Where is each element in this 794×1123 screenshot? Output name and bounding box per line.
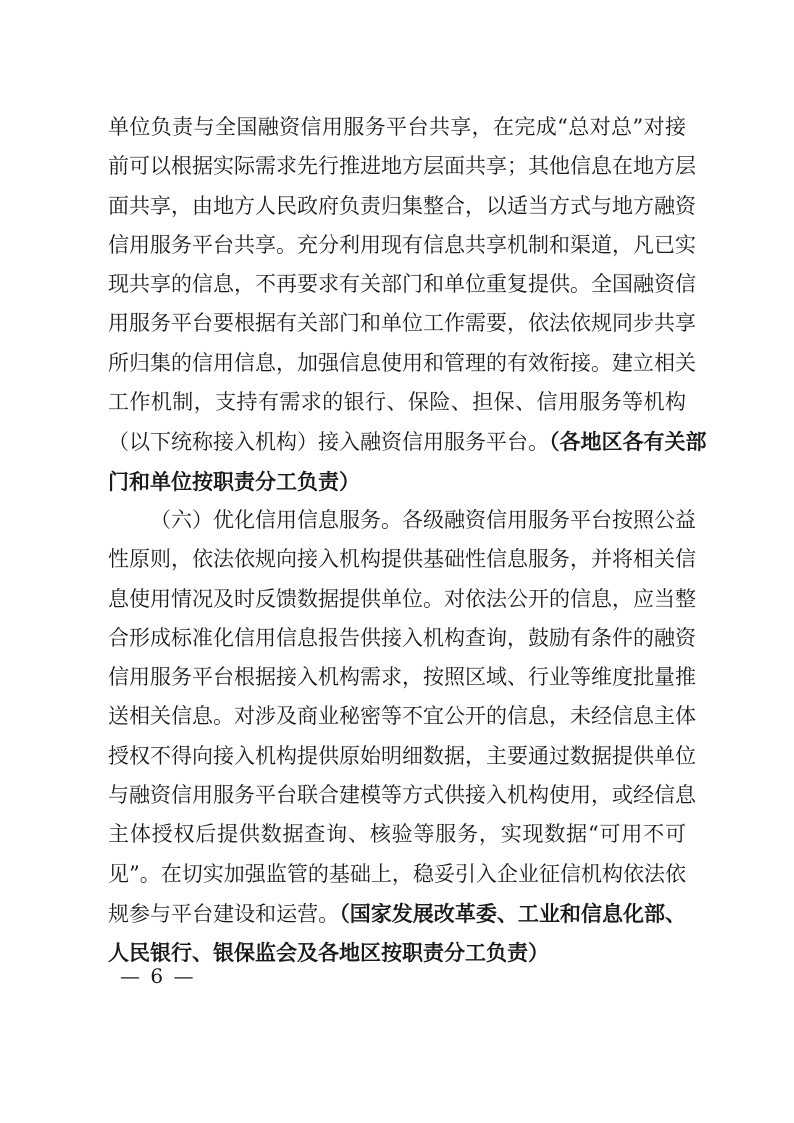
text-line: 见”。在切实加强监管的基础上，稳妥引入企业征信机构依法依 <box>108 855 686 894</box>
paragraph-2: （六）优化信用信息服务。各级融资信用服务平台按照公益 性原则，依法依规向接入机构… <box>108 501 686 973</box>
text-line: 合形成标准化信用信息报告供接入机构查询，鼓励有条件的融资 <box>108 619 686 658</box>
responsibility-note: 门和单位按职责分工负责） <box>108 462 686 501</box>
paragraph-1: 单位负责与全国融资信用服务平台共享，在完成“总对总”对接 前可以根据实际需求先行… <box>108 108 686 501</box>
text-line: 面共享，由地方人民政府负责归集整合，以适当方式与地方融资 <box>108 187 686 226</box>
text-line: 主体授权后提供数据查询、核验等服务，实现数据“可用不可 <box>108 815 686 854</box>
responsibility-note: （国家发展改革委、工业和信息化部、 <box>339 901 686 926</box>
text-line: 息使用情况及时反馈数据提供单位。对依法公开的信息，应当整 <box>108 580 686 619</box>
text-line: 规参与平台建设和运营。（国家发展改革委、工业和信息化部、 <box>108 894 686 933</box>
text-line: 送相关信息。对涉及商业秘密等不宜公开的信息，未经信息主体 <box>108 697 686 736</box>
text-line: 工作机制，支持有需求的银行、保险、担保、信用服务等机构 <box>108 383 686 422</box>
text-line: 信用服务平台根据接入机构需求，按照区域、行业等维度批量推 <box>108 658 686 697</box>
text-line: 所归集的信用信息，加强信息使用和管理的有效衔接。建立相关 <box>108 344 686 383</box>
section-heading-line: （六）优化信用信息服务。各级融资信用服务平台按照公益 <box>108 501 686 540</box>
text-line: 前可以根据实际需求先行推进地方层面共享；其他信息在地方层 <box>108 147 686 186</box>
text-line: 用服务平台要根据有关部门和单位工作需要，依法依规同步共享 <box>108 304 686 343</box>
text-line: 单位负责与全国融资信用服务平台共享，在完成“总对总”对接 <box>108 108 686 147</box>
text-line: 现共享的信息，不再要求有关部门和单位重复提供。全国融资信 <box>108 265 686 304</box>
text-line: 与融资信用服务平台联合建模等方式供接入机构使用，或经信息 <box>108 776 686 815</box>
text-line: （以下统称接入机构）接入融资信用服务平台。（各地区各有关部 <box>108 422 686 461</box>
text-line: 性原则，依法依规向接入机构提供基础性信息服务，并将相关信 <box>108 540 686 579</box>
page-number: — 6 — <box>120 964 195 988</box>
text-line: 授权不得向接入机构提供原始明细数据，主要通过数据提供单位 <box>108 737 686 776</box>
text-normal: 规参与平台建设和运营。 <box>108 902 339 926</box>
document-page: 单位负责与全国融资信用服务平台共享，在完成“总对总”对接 前可以根据实际需求先行… <box>108 108 686 973</box>
text-normal: （以下统称接入机构）接入融资信用服务平台。 <box>108 430 549 454</box>
text-line: 信用服务平台共享。充分利用现有信息共享机制和渠道，凡已实 <box>108 226 686 265</box>
responsibility-note: （各地区各有关部 <box>549 429 707 454</box>
